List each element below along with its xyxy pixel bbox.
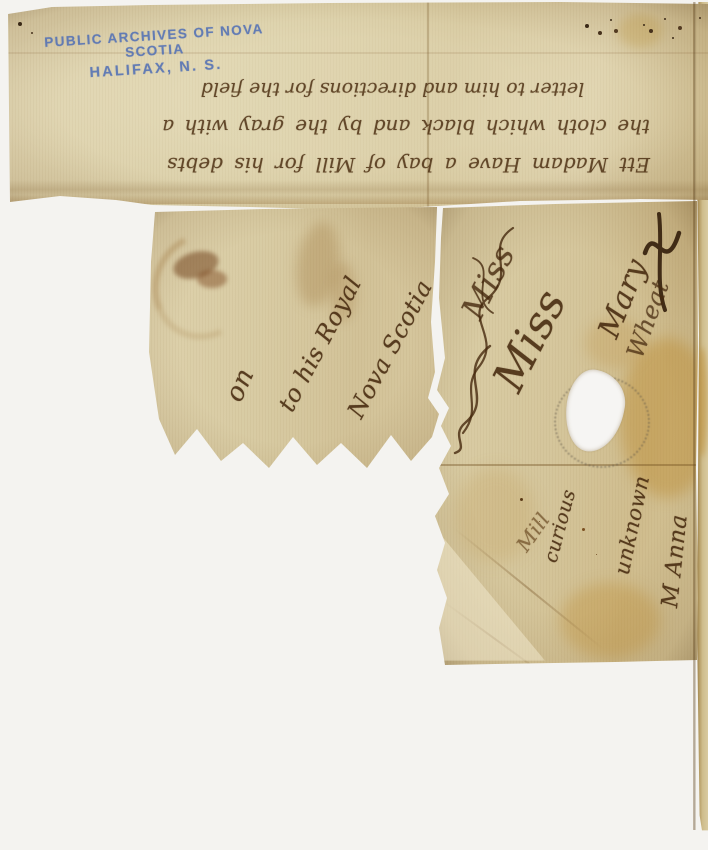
note-line: letter to him and directions for the fie… [135, 70, 650, 108]
stain [618, 14, 662, 48]
ink-spatter [18, 22, 22, 26]
scanned-letter: PUBLIC ARCHIVES OF NOVA SCOTIA HALIFAX, … [0, 0, 708, 850]
note-line: Ett Madam Have a bay of Mill for his deb… [135, 146, 650, 184]
stain [696, 347, 708, 457]
note-line: the cloth which black and by the gray wi… [135, 108, 650, 146]
ink-splotch [197, 270, 227, 288]
paper-fragment-middle: on to his Royal Nova Scotia [145, 202, 443, 474]
paper-top-strip: PUBLIC ARCHIVES OF NOVA SCOTIA HALIFAX, … [0, 0, 708, 216]
fold-crease [693, 2, 696, 830]
ink-specks [520, 498, 523, 501]
paper-fragment-right: Miss Miss Mary Wheat Mill curious unknow… [435, 198, 700, 668]
inverted-note: Ett Madam Have a bay of Mill for his deb… [135, 66, 650, 184]
ink-spatter [585, 24, 589, 28]
